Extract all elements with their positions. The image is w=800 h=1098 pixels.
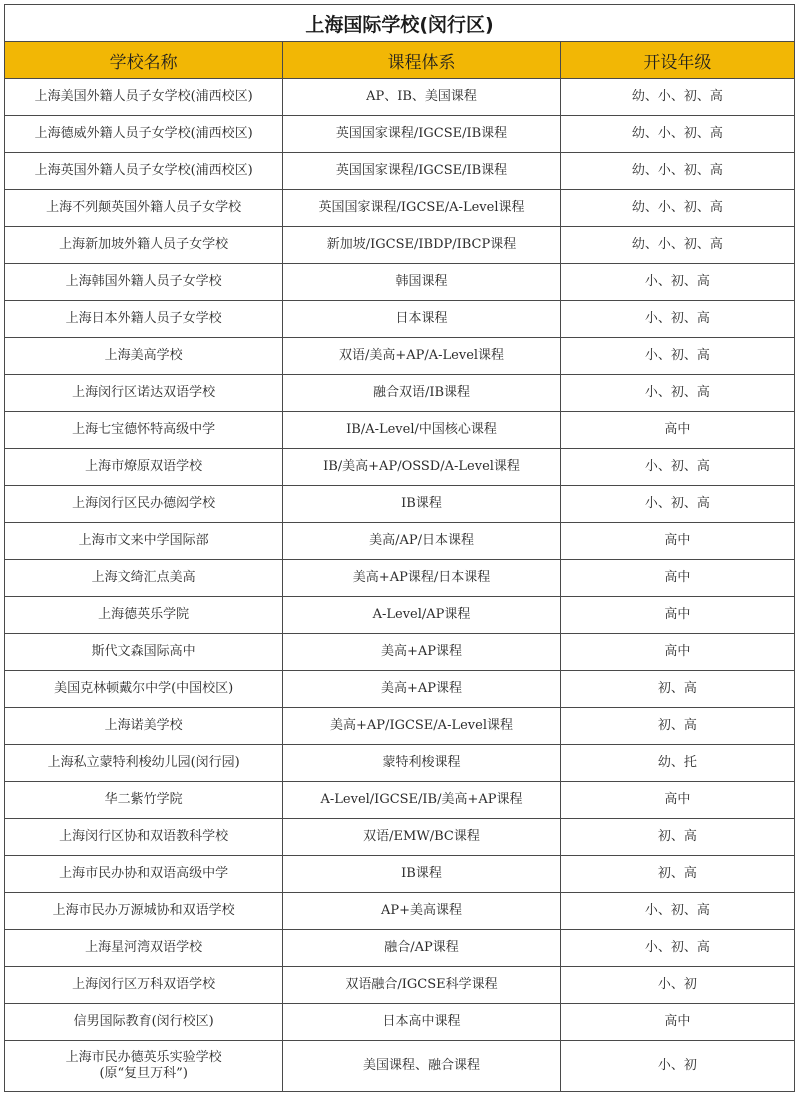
course-system-cell: 双语/美高+AP/A-Level课程 xyxy=(283,338,560,375)
grades-cell: 小、初、高 xyxy=(560,893,794,930)
table-row: 美国克林顿戴尔中学(中国校区)美高+AP课程初、高 xyxy=(5,671,795,708)
table-row: 上海市文来中学国际部美高/AP/日本课程高中 xyxy=(5,523,795,560)
table-row: 上海私立蒙特利梭幼儿园(闵行园)蒙特利梭课程幼、托 xyxy=(5,745,795,782)
course-system-cell: 美高+AP课程/日本课程 xyxy=(283,560,560,597)
school-name: 上海美国外籍人员子女学校(浦西校区) xyxy=(5,89,282,105)
grades-cell: 小、初、高 xyxy=(560,449,794,486)
grades-cell: 初、高 xyxy=(560,856,794,893)
grades-cell: 幼、小、初、高 xyxy=(560,116,794,153)
school-name-cell: 上海闵行区万科双语学校 xyxy=(5,967,283,1004)
table-title: 上海国际学校(闵行区) xyxy=(5,5,795,42)
grades-cell: 幼、小、初、高 xyxy=(560,190,794,227)
grades-cell: 幼、小、初、高 xyxy=(560,153,794,190)
school-name: 上海市民办协和双语高级中学 xyxy=(5,866,282,882)
school-name: 上海市燎原双语学校 xyxy=(5,459,282,475)
course-system-cell: 双语融合/IGCSE科学课程 xyxy=(283,967,560,1004)
school-name-note: (原“复旦万科”) xyxy=(5,1066,282,1082)
table-row: 上海不列颠英国外籍人员子女学校英国国家课程/IGCSE/A-Level课程幼、小… xyxy=(5,190,795,227)
header-school-name: 学校名称 xyxy=(5,42,283,79)
table-row: 斯代文森国际高中美高+AP课程高中 xyxy=(5,634,795,671)
table-row: 上海闵行区协和双语教科学校双语/EMW/BC课程初、高 xyxy=(5,819,795,856)
school-name-cell: 上海诺美学校 xyxy=(5,708,283,745)
header-row: 学校名称 课程体系 开设年级 xyxy=(5,42,795,79)
school-name: 斯代文森国际高中 xyxy=(5,644,282,660)
school-name-cell: 上海市民办万源城协和双语学校 xyxy=(5,893,283,930)
course-system-cell: IB课程 xyxy=(283,856,560,893)
school-name: 上海闵行区民办德闳学校 xyxy=(5,496,282,512)
table-row: 上海闵行区民办德闳学校IB课程小、初、高 xyxy=(5,486,795,523)
grades-cell: 初、高 xyxy=(560,671,794,708)
school-name-cell: 上海美国外籍人员子女学校(浦西校区) xyxy=(5,79,283,116)
school-name: 上海不列颠英国外籍人员子女学校 xyxy=(5,200,282,216)
course-system-cell: 美高/AP/日本课程 xyxy=(283,523,560,560)
grades-cell: 小、初、高 xyxy=(560,375,794,412)
school-name-cell: 上海美高学校 xyxy=(5,338,283,375)
school-name-cell: 上海七宝德怀特高级中学 xyxy=(5,412,283,449)
school-name-cell: 上海德英乐学院 xyxy=(5,597,283,634)
grades-cell: 初、高 xyxy=(560,819,794,856)
school-name: 华二紫竹学院 xyxy=(5,792,282,808)
header-course-system: 课程体系 xyxy=(283,42,560,79)
table-row: 上海星河湾双语学校融合/AP课程小、初、高 xyxy=(5,930,795,967)
school-name-cell: 上海韩国外籍人员子女学校 xyxy=(5,264,283,301)
grades-cell: 高中 xyxy=(560,782,794,819)
school-name: 上海文绮汇点美高 xyxy=(5,570,282,586)
school-name-cell: 上海不列颠英国外籍人员子女学校 xyxy=(5,190,283,227)
course-system-cell: IB/A-Level/中国核心课程 xyxy=(283,412,560,449)
grades-cell: 初、高 xyxy=(560,708,794,745)
table-row: 上海市民办万源城协和双语学校AP+美高课程小、初、高 xyxy=(5,893,795,930)
school-name-cell: 美国克林顿戴尔中学(中国校区) xyxy=(5,671,283,708)
course-system-cell: 日本高中课程 xyxy=(283,1004,560,1041)
school-name: 上海星河湾双语学校 xyxy=(5,940,282,956)
grades-cell: 小、初、高 xyxy=(560,486,794,523)
school-name: 上海七宝德怀特高级中学 xyxy=(5,422,282,438)
school-name-cell: 上海闵行区民办德闳学校 xyxy=(5,486,283,523)
grades-cell: 小、初、高 xyxy=(560,301,794,338)
school-name: 上海闵行区协和双语教科学校 xyxy=(5,829,282,845)
school-name: 信男国际教育(闵行校区) xyxy=(5,1014,282,1030)
grades-cell: 高中 xyxy=(560,560,794,597)
course-system-cell: 融合/AP课程 xyxy=(283,930,560,967)
school-name: 上海德英乐学院 xyxy=(5,607,282,623)
school-name: 上海新加坡外籍人员子女学校 xyxy=(5,237,282,253)
grades-cell: 高中 xyxy=(560,523,794,560)
school-name-cell: 上海私立蒙特利梭幼儿园(闵行园) xyxy=(5,745,283,782)
course-system-cell: 美高+AP/IGCSE/A-Level课程 xyxy=(283,708,560,745)
grades-cell: 高中 xyxy=(560,1004,794,1041)
grades-cell: 小、初 xyxy=(560,1041,794,1092)
school-name-cell: 华二紫竹学院 xyxy=(5,782,283,819)
grades-cell: 小、初 xyxy=(560,967,794,1004)
school-name-cell: 上海星河湾双语学校 xyxy=(5,930,283,967)
table-row: 上海文绮汇点美高美高+AP课程/日本课程高中 xyxy=(5,560,795,597)
school-name-cell: 上海闵行区协和双语教科学校 xyxy=(5,819,283,856)
table-row: 上海七宝德怀特高级中学IB/A-Level/中国核心课程高中 xyxy=(5,412,795,449)
grades-cell: 小、初、高 xyxy=(560,264,794,301)
course-system-cell: 韩国课程 xyxy=(283,264,560,301)
school-name-cell: 上海市民办德英乐实验学校(原“复旦万科”) xyxy=(5,1041,283,1092)
grades-cell: 高中 xyxy=(560,412,794,449)
course-system-cell: 英国国家课程/IGCSE/A-Level课程 xyxy=(283,190,560,227)
table-row: 上海美国外籍人员子女学校(浦西校区)AP、IB、美国课程幼、小、初、高 xyxy=(5,79,795,116)
school-name-cell: 上海文绮汇点美高 xyxy=(5,560,283,597)
course-system-cell: A-Level/IGCSE/IB/美高+AP课程 xyxy=(283,782,560,819)
course-system-cell: 美高+AP课程 xyxy=(283,634,560,671)
school-name: 上海日本外籍人员子女学校 xyxy=(5,311,282,327)
school-name-cell: 上海新加坡外籍人员子女学校 xyxy=(5,227,283,264)
school-name-cell: 信男国际教育(闵行校区) xyxy=(5,1004,283,1041)
grades-cell: 幼、小、初、高 xyxy=(560,227,794,264)
school-name: 上海英国外籍人员子女学校(浦西校区) xyxy=(5,163,282,179)
school-name: 上海韩国外籍人员子女学校 xyxy=(5,274,282,290)
course-system-cell: IB/美高+AP/OSSD/A-Level课程 xyxy=(283,449,560,486)
table-row: 上海德威外籍人员子女学校(浦西校区)英国国家课程/IGCSE/IB课程幼、小、初… xyxy=(5,116,795,153)
school-name: 上海市民办万源城协和双语学校 xyxy=(5,903,282,919)
school-name-cell: 斯代文森国际高中 xyxy=(5,634,283,671)
course-system-cell: 美国课程、融合课程 xyxy=(283,1041,560,1092)
grades-cell: 高中 xyxy=(560,634,794,671)
course-system-cell: 英国国家课程/IGCSE/IB课程 xyxy=(283,153,560,190)
grades-cell: 高中 xyxy=(560,597,794,634)
school-name-cell: 上海德威外籍人员子女学校(浦西校区) xyxy=(5,116,283,153)
course-system-cell: 融合双语/IB课程 xyxy=(283,375,560,412)
school-name: 上海德威外籍人员子女学校(浦西校区) xyxy=(5,126,282,142)
grades-cell: 小、初、高 xyxy=(560,338,794,375)
school-table-sheet: 上海国际学校(闵行区) 学校名称 课程体系 开设年级 上海美国外籍人员子女学校(… xyxy=(4,4,795,1092)
school-name-cell: 上海市燎原双语学校 xyxy=(5,449,283,486)
school-name: 上海市民办德英乐实验学校 xyxy=(5,1050,282,1066)
table-row: 上海德英乐学院A-Level/AP课程高中 xyxy=(5,597,795,634)
school-name-cell: 上海闵行区诺达双语学校 xyxy=(5,375,283,412)
table-row: 上海英国外籍人员子女学校(浦西校区)英国国家课程/IGCSE/IB课程幼、小、初… xyxy=(5,153,795,190)
course-system-cell: 英国国家课程/IGCSE/IB课程 xyxy=(283,116,560,153)
course-system-cell: 美高+AP课程 xyxy=(283,671,560,708)
table-row: 华二紫竹学院A-Level/IGCSE/IB/美高+AP课程高中 xyxy=(5,782,795,819)
table-row: 上海诺美学校美高+AP/IGCSE/A-Level课程初、高 xyxy=(5,708,795,745)
school-name-cell: 上海日本外籍人员子女学校 xyxy=(5,301,283,338)
school-name: 上海诺美学校 xyxy=(5,718,282,734)
course-system-cell: AP+美高课程 xyxy=(283,893,560,930)
table-row: 上海闵行区万科双语学校双语融合/IGCSE科学课程小、初 xyxy=(5,967,795,1004)
grades-cell: 小、初、高 xyxy=(560,930,794,967)
school-name: 上海私立蒙特利梭幼儿园(闵行园) xyxy=(5,755,282,771)
table-row: 上海新加坡外籍人员子女学校新加坡/IGCSE/IBDP/IBCP课程幼、小、初、… xyxy=(5,227,795,264)
course-system-cell: 日本课程 xyxy=(283,301,560,338)
course-system-cell: A-Level/AP课程 xyxy=(283,597,560,634)
grades-cell: 幼、小、初、高 xyxy=(560,79,794,116)
school-name: 上海闵行区诺达双语学校 xyxy=(5,385,282,401)
table-row: 上海闵行区诺达双语学校融合双语/IB课程小、初、高 xyxy=(5,375,795,412)
header-grades: 开设年级 xyxy=(560,42,794,79)
course-system-cell: 蒙特利梭课程 xyxy=(283,745,560,782)
school-name: 上海市文来中学国际部 xyxy=(5,533,282,549)
school-name: 上海闵行区万科双语学校 xyxy=(5,977,282,993)
course-system-cell: AP、IB、美国课程 xyxy=(283,79,560,116)
table-row: 上海美高学校双语/美高+AP/A-Level课程小、初、高 xyxy=(5,338,795,375)
table-row: 上海市民办德英乐实验学校(原“复旦万科”)美国课程、融合课程小、初 xyxy=(5,1041,795,1092)
school-name: 美国克林顿戴尔中学(中国校区) xyxy=(5,681,282,697)
table-row: 上海市民办协和双语高级中学IB课程初、高 xyxy=(5,856,795,893)
grades-cell: 幼、托 xyxy=(560,745,794,782)
school-name-cell: 上海英国外籍人员子女学校(浦西校区) xyxy=(5,153,283,190)
school-name-cell: 上海市民办协和双语高级中学 xyxy=(5,856,283,893)
school-table: 上海国际学校(闵行区) 学校名称 课程体系 开设年级 上海美国外籍人员子女学校(… xyxy=(4,4,795,1092)
school-name-cell: 上海市文来中学国际部 xyxy=(5,523,283,560)
table-row: 上海韩国外籍人员子女学校韩国课程小、初、高 xyxy=(5,264,795,301)
course-system-cell: 新加坡/IGCSE/IBDP/IBCP课程 xyxy=(283,227,560,264)
course-system-cell: IB课程 xyxy=(283,486,560,523)
table-row: 信男国际教育(闵行校区)日本高中课程高中 xyxy=(5,1004,795,1041)
school-name: 上海美高学校 xyxy=(5,348,282,364)
table-row: 上海日本外籍人员子女学校日本课程小、初、高 xyxy=(5,301,795,338)
course-system-cell: 双语/EMW/BC课程 xyxy=(283,819,560,856)
title-row: 上海国际学校(闵行区) xyxy=(5,5,795,42)
table-row: 上海市燎原双语学校IB/美高+AP/OSSD/A-Level课程小、初、高 xyxy=(5,449,795,486)
